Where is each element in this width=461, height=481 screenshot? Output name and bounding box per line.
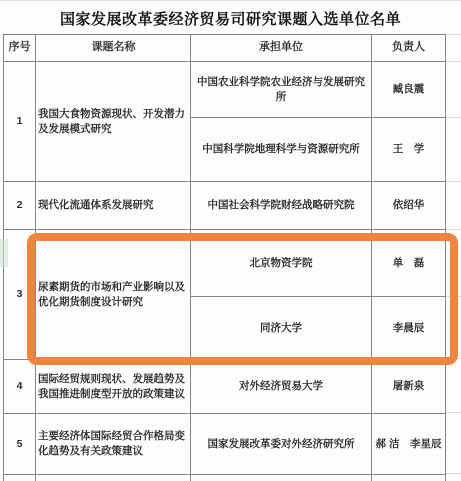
unit-leader-subrow: 同济大学李晨辰: [191, 297, 446, 360]
unit-leader-group: 中国农业科学院农业经济与发展研究所臧良震中国科学院地理科学与资源研究所王 学: [191, 62, 446, 182]
cropped-cell: [372, 475, 446, 481]
table-row: 1我国大食物资源现状、开发潜力及发展模式研究中国农业科学院农业经济与发展研究所臧…: [4, 62, 446, 182]
cropped-cell: [36, 475, 191, 481]
table-row: 5主要经济体国际经贸合作格局变化趋势及有关政策建议国家发展改革委对外经济研究所郝…: [4, 414, 446, 475]
table-edge-line: [446, 181, 461, 182]
topic-cell: 国际经贸规则现状、发展趋势及我国推进制度型开放的政策建议: [36, 360, 191, 414]
unit-leader-subrow: 中国农业科学院农业经济与发展研究所臧良震: [191, 62, 446, 118]
unit-leader-group: 中国社会科学院财经战略研究院依绍华: [191, 182, 446, 230]
leader-cell: 王 学: [372, 118, 446, 182]
leader-cell: 依绍华: [372, 182, 446, 230]
unit-cell: 中国农业科学院农业经济与发展研究所: [191, 62, 372, 118]
unit-leader-subrow: 中国科学院地理科学与资源研究所王 学: [191, 118, 446, 182]
header-leader: 负责人: [372, 35, 446, 62]
table-row: 3尿素期货的市场和产业影响以及优化期货制度设计研究北京物资学院单 磊同济大学李晨…: [4, 230, 446, 360]
cropped-cell: [191, 475, 372, 481]
unit-leader-group: 对外经济贸易大学屠新泉: [191, 360, 446, 414]
unit-cell: 中国科学院地理科学与资源研究所: [191, 118, 372, 182]
scan-artifact: [0, 239, 8, 267]
row-number-cell: 2: [4, 182, 36, 230]
table-row: 4国际经贸规则现状、发展趋势及我国推进制度型开放的政策建议对外经济贸易大学屠新泉: [4, 360, 446, 414]
topic-cell: 尿素期货的市场和产业影响以及优化期货制度设计研究: [36, 230, 191, 360]
table-header-row: 序号 课题名称 承担单位 负责人: [4, 35, 446, 62]
table-edge-line: [446, 358, 461, 359]
table-edge-line: [446, 61, 461, 62]
header-unit: 承担单位: [191, 35, 372, 62]
unit-leader-subrow: 北京物资学院单 磊: [191, 230, 446, 297]
leader-cell: 李晨辰: [372, 297, 446, 360]
row-number-cell: 4: [4, 360, 36, 414]
unit-leader-subrow: 国家发展改革委对外经济研究所郝 洁 李星辰: [191, 414, 446, 475]
topic-cell: 我国大食物资源现状、开发潜力及发展模式研究: [36, 62, 191, 182]
page-title: 国家发展改革委经济贸易司研究课题入选单位名单: [0, 8, 461, 29]
table-edge-line: [446, 296, 461, 297]
cropped-cell: [4, 475, 36, 481]
table-row: 2现代化流通体系发展研究中国社会科学院财经战略研究院依绍华: [4, 182, 446, 230]
unit-cell: 中国社会科学院财经战略研究院: [191, 182, 372, 230]
row-number-cell: 5: [4, 414, 36, 475]
leader-cell: 单 磊: [372, 230, 446, 297]
leader-cell: 臧良震: [372, 62, 446, 118]
unit-cell: 国家发展改革委对外经济研究所: [191, 414, 372, 475]
topic-cell: 主要经济体国际经贸合作格局变化趋势及有关政策建议: [36, 414, 191, 475]
unit-cell: 北京物资学院: [191, 230, 372, 297]
table-edge-line: [446, 473, 461, 474]
cropped-next-row: [4, 475, 446, 481]
table-body: 1我国大食物资源现状、开发潜力及发展模式研究中国农业科学院农业经济与发展研究所臧…: [4, 62, 446, 475]
unit-leader-subrow: 对外经济贸易大学屠新泉: [191, 360, 446, 414]
unit-leader-subrow: 中国社会科学院财经战略研究院依绍华: [191, 182, 446, 230]
leader-cell: 屠新泉: [372, 360, 446, 414]
unit-cell: 对外经济贸易大学: [191, 360, 372, 414]
table-edge-line: [446, 34, 461, 35]
row-number-cell: 3: [4, 230, 36, 360]
table-edge-line: [446, 117, 461, 118]
document-page: 国家发展改革委经济贸易司研究课题入选单位名单 序号 课题名称 承担单位 负责人 …: [0, 0, 461, 481]
unit-leader-group: 北京物资学院单 磊同济大学李晨辰: [191, 230, 446, 360]
row-number-cell: 1: [4, 62, 36, 182]
leader-cell: 郝 洁 李星辰: [372, 414, 446, 475]
table-edge-line: [446, 412, 461, 413]
header-row-number: 序号: [4, 35, 36, 62]
results-table: 序号 课题名称 承担单位 负责人 1我国大食物资源现状、开发潜力及发展模式研究中…: [3, 34, 446, 481]
unit-leader-group: 国家发展改革委对外经济研究所郝 洁 李星辰: [191, 414, 446, 475]
table-edge-line: [446, 229, 461, 230]
header-topic: 课题名称: [36, 35, 191, 62]
topic-cell: 现代化流通体系发展研究: [36, 182, 191, 230]
unit-cell: 同济大学: [191, 297, 372, 360]
